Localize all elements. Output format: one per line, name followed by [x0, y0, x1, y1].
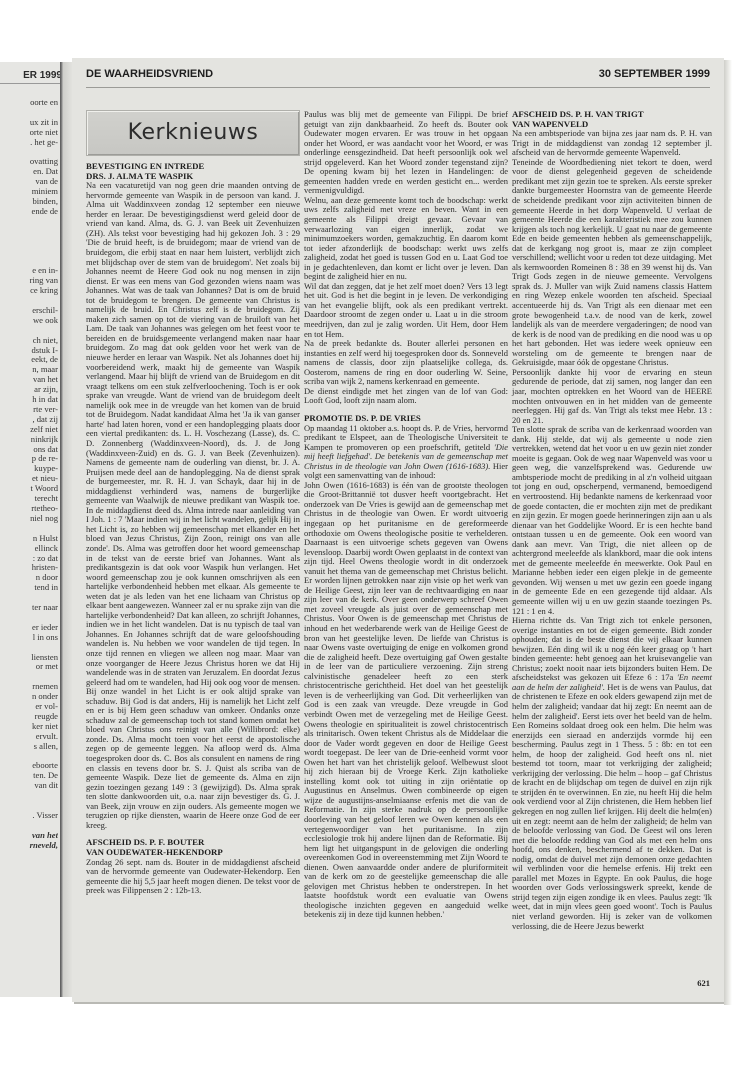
article-paragraph: Ten slotte sprak de scriba van de kerken…	[512, 425, 712, 616]
previous-page-line: eboorte	[0, 761, 58, 771]
previous-page-line: rtetheo-	[0, 504, 58, 514]
previous-page-line: h in dat	[0, 395, 58, 405]
previous-page-line: n door	[0, 573, 58, 583]
article-paragraph: De dienst eindigde met het zingen van de…	[304, 387, 508, 406]
article-paragraph: John Owen (1616-1683) is één van de groo…	[304, 481, 508, 920]
previous-page-line: tend in	[0, 583, 58, 593]
previous-page-line: binden,	[0, 197, 58, 207]
article-paragraph: Teneinde de Woordbediening niet tekort t…	[512, 158, 712, 368]
previous-page-line	[0, 227, 58, 237]
previous-page-line: ovatting	[0, 157, 58, 167]
article-heading: AFSCHEID DS. P. H. VAN TRIGT VAN WAPENVE…	[512, 110, 712, 129]
article-paragraph: Na de preek bedankte ds. Bouter allerlei…	[304, 339, 508, 387]
section-banner-title: Kerknieuws	[128, 128, 259, 138]
previous-page-line: van de	[0, 177, 58, 187]
previous-page-line: n, maar	[0, 365, 58, 375]
page-edge	[724, 60, 732, 1005]
article-paragraph: Zondag 26 sept. nam ds. Bouter in de mid…	[86, 858, 300, 896]
previous-page-line: rnemen	[0, 682, 58, 692]
section-banner: Kerknieuws	[86, 110, 300, 156]
column-1: Kerknieuws BEVESTIGING EN INTREDE DRS. J…	[86, 110, 300, 896]
article-paragraph: Op maandag 11 oktober a.s. hoopt ds. P. …	[304, 424, 508, 481]
previous-page-line	[0, 821, 58, 831]
previous-page-text: oorte enux zit inorte niet. het ge-ovatt…	[0, 98, 58, 851]
previous-page-line	[0, 296, 58, 306]
previous-page-line: reugde	[0, 712, 58, 722]
previous-page-line	[0, 613, 58, 623]
previous-page-line	[0, 217, 58, 227]
previous-page-line: oorte en	[0, 98, 58, 108]
article-heading: AFSCHEID DS. P. F. BOUTER VAN OUDEWATER-…	[86, 838, 300, 857]
previous-page-line: ellinck	[0, 544, 58, 554]
previous-page-line	[0, 148, 58, 158]
previous-page-line: zelf niet	[0, 425, 58, 435]
previous-page-line	[0, 524, 58, 534]
previous-page-line: eekt, de	[0, 355, 58, 365]
previous-page-line: et nieu-	[0, 474, 58, 484]
running-head: DE WAARHEIDSVRIEND 30 SEPTEMBER 1999	[86, 68, 710, 88]
previous-page-line: l in ons	[0, 633, 58, 643]
previous-page-line: orte niet	[0, 128, 58, 138]
previous-page-line: van dit	[0, 781, 58, 791]
previous-page-line: van het	[0, 375, 58, 385]
article-paragraph: Na een vacaturetijd van nog geen drie ma…	[86, 181, 300, 830]
previous-page-line: s allen,	[0, 742, 58, 752]
previous-page-line: . Visser	[0, 811, 58, 821]
article-bouter: AFSCHEID DS. P. F. BOUTER VAN OUDEWATER-…	[86, 838, 300, 895]
previous-page-line	[0, 108, 58, 118]
previous-page-line: n Hulst	[0, 534, 58, 544]
previous-page-line: ten. De	[0, 771, 58, 781]
publication-name: DE WAARHEIDSVRIEND	[86, 68, 213, 84]
paragraph-text: Het is de wens van Paulus, dat de christ…	[512, 682, 712, 931]
previous-page-line	[0, 791, 58, 801]
previous-page-line: ker niet	[0, 722, 58, 732]
previous-page-line: dstuk I-	[0, 346, 58, 356]
previous-page-line	[0, 326, 58, 336]
previous-page-line: we ook	[0, 316, 58, 326]
previous-page-line: ce kring	[0, 286, 58, 296]
previous-page-line: niel nog	[0, 514, 58, 524]
previous-page-fragment: ER 1999 oorte enux zit inorte niet. het …	[0, 62, 62, 997]
previous-page-line: : zo dat	[0, 554, 58, 564]
article-heading: BEVESTIGING EN INTREDE DRS. J. ALMA TE W…	[86, 162, 300, 181]
previous-page-line: t Woord	[0, 484, 58, 494]
article-paragraph: Paulus was blij met de gemeente van Fili…	[304, 110, 508, 196]
previous-page-line: miniem	[0, 187, 58, 197]
previous-page-line: ninkrijk	[0, 435, 58, 445]
paragraph-text: Op maandag 11 oktober a.s. hoopt ds. P. …	[304, 423, 508, 452]
previous-page-line: er vol-	[0, 702, 58, 712]
previous-page-header: ER 1999	[0, 70, 62, 84]
article-paragraph: Hierna richtte ds. Van Trigt zich tot en…	[512, 616, 712, 931]
column-2: Paulus was blij met de gemeente van Fili…	[304, 110, 508, 920]
issue-date: 30 SEPTEMBER 1999	[599, 68, 710, 84]
previous-page-line: . het ge-	[0, 138, 58, 148]
article-paragraph: Welnu, aan deze gemeente komt toch de bo…	[304, 196, 508, 282]
article-paragraph: Wil dat dan zeggen, dat je het zelf moet…	[304, 282, 508, 339]
newspaper-page: DE WAARHEIDSVRIEND 30 SEPTEMBER 1999 Ker…	[72, 58, 724, 1002]
article-van-trigt: AFSCHEID DS. P. H. VAN TRIGT VAN WAPENVE…	[512, 110, 712, 931]
article-paragraph: Persoonlijk dankte hij voor de ervaring …	[512, 368, 712, 425]
previous-page-line: ring van	[0, 276, 58, 286]
previous-page-line: e en in-	[0, 266, 58, 276]
previous-page-line	[0, 247, 58, 257]
previous-page-line: er ieder	[0, 623, 58, 633]
previous-page-line: liensten	[0, 653, 58, 663]
article-de-vries: PROMOTIE DS. P. DE VRIES Op maandag 11 o…	[304, 414, 508, 920]
previous-page-line: erschil-	[0, 306, 58, 316]
previous-page-line: kuype-	[0, 464, 58, 474]
previous-page-line: terecht	[0, 494, 58, 504]
previous-page-line: ar zijn,	[0, 385, 58, 395]
article-alma: BEVESTIGING EN INTREDE DRS. J. ALMA TE W…	[86, 162, 300, 830]
previous-page-line: en. Dat	[0, 167, 58, 177]
previous-page-line	[0, 752, 58, 762]
previous-page-line	[0, 643, 58, 653]
article-paragraph: Na een ambtsperiode van bijna zes jaar n…	[512, 129, 712, 158]
previous-page-line: rneveld,	[0, 841, 58, 851]
previous-page-line: ons dat	[0, 445, 58, 455]
previous-page-line	[0, 237, 58, 247]
previous-page-line: rte ver-	[0, 405, 58, 415]
previous-page-line: ter naar	[0, 603, 58, 613]
previous-page-line: ende de	[0, 207, 58, 217]
previous-page-line: or met	[0, 662, 58, 672]
previous-page-line: n onder	[0, 692, 58, 702]
previous-page-line: ch niet,	[0, 336, 58, 346]
previous-page-line	[0, 256, 58, 266]
previous-page-line	[0, 801, 58, 811]
previous-page-line: ux zit in	[0, 118, 58, 128]
column-3: AFSCHEID DS. P. H. VAN TRIGT VAN WAPENVE…	[512, 110, 712, 931]
previous-page-line: van het	[0, 831, 58, 841]
previous-page-line: p de re-	[0, 454, 58, 464]
previous-page-line: ervult.	[0, 732, 58, 742]
previous-page-line	[0, 672, 58, 682]
page-number: 621	[697, 978, 710, 988]
previous-page-line	[0, 593, 58, 603]
previous-page-line: hristen-	[0, 563, 58, 573]
previous-page-line: , dat zij	[0, 415, 58, 425]
page-gutter-shadow	[63, 62, 72, 997]
